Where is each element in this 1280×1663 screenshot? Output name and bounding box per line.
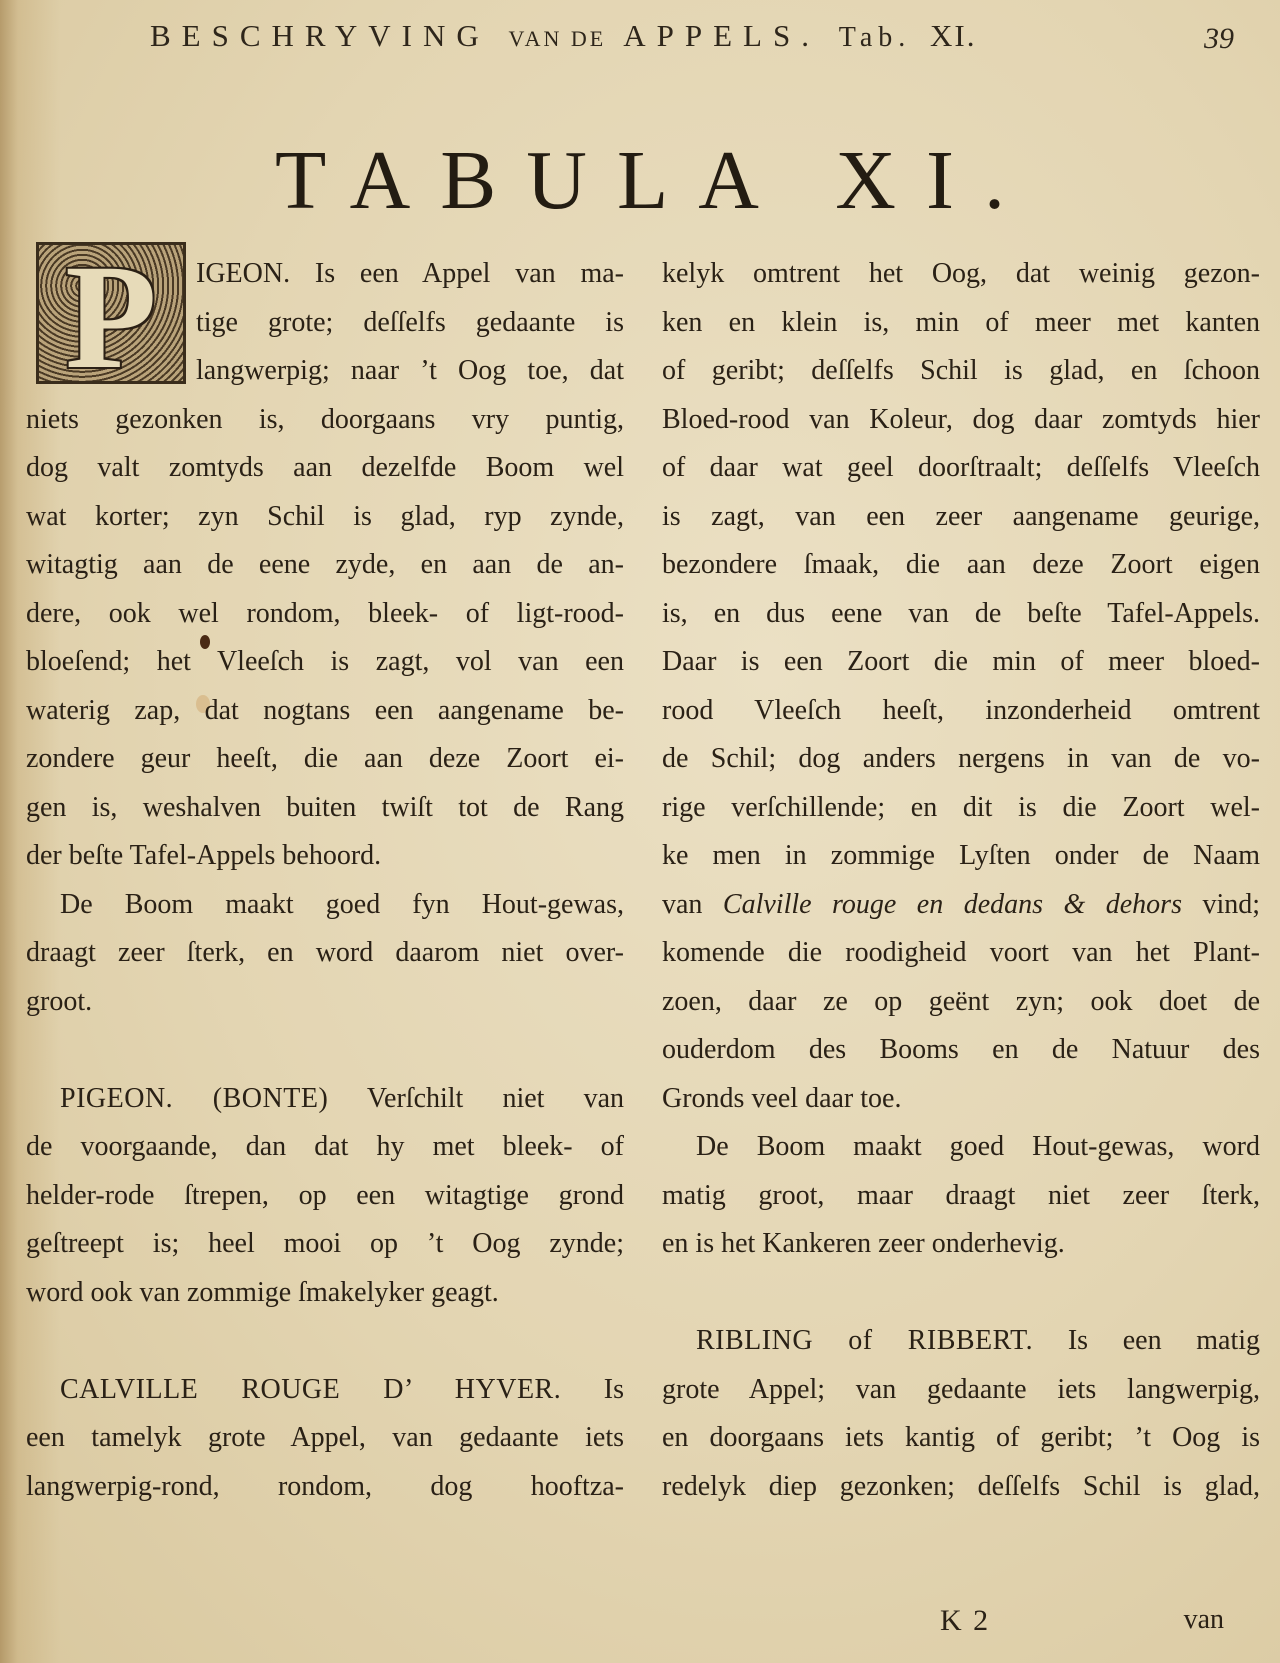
text-line: groot. — [26, 978, 624, 1027]
right-column: kelyk omtrent het Oog, dat weinig gezon-… — [662, 250, 1260, 1511]
entry-pigeon-bonte: PIGEON. (BONTE) Verſchilt niet van de vo… — [26, 1075, 624, 1318]
text-line: wat korter; zyn Schil is glad, ryp zynde… — [26, 493, 624, 542]
dropcap-letter: P — [65, 242, 157, 384]
text-line: ke men in zommige Lyſten onder de Naam — [662, 832, 1260, 881]
variety-name: RIBLING of RIBBERT. — [696, 1325, 1033, 1356]
text-line: geſtreept is; heel mooi op ’t Oog zynde; — [26, 1220, 624, 1269]
text-line: De Boom maakt goed fyn Hout-gewas, — [26, 881, 624, 930]
text-line: matig groot, maar draagt niet zeer ſterk… — [662, 1172, 1260, 1221]
text-line: of geribt; deſſelfs Schil is glad, en ſc… — [662, 347, 1260, 396]
text-line: der beſte Tafel-Appels behoord. — [26, 832, 624, 881]
running-head-appels: APPELS. — [623, 18, 820, 53]
running-head-plate-number: XI. — [930, 18, 976, 53]
text-line: Gronds veel daar toe. — [662, 1075, 1260, 1124]
text-line: en is het Kankeren zeer onderhevig. — [662, 1220, 1260, 1269]
text-line: komende die roodigheid voort van het Pla… — [662, 929, 1260, 978]
text-line: grote Appel; van gedaante iets langwerpi… — [662, 1366, 1260, 1415]
left-column: P IGEON. Is een Appel van ma- tige grote… — [26, 250, 624, 1511]
text-line: Bloed-rood van Koleur, dog daar zomtyds … — [662, 396, 1260, 445]
running-head-van-de: VAN DE — [509, 26, 607, 51]
paragraph-gap — [26, 1317, 624, 1366]
text-line: word ook van zommige ſmakelyker geagt. — [26, 1269, 624, 1318]
book-page: BESCHRYVING VAN DE APPELS. Tab. XI. 39 T… — [0, 0, 1280, 1663]
text-fragment: Is een matig — [1068, 1325, 1260, 1356]
paragraph-gap — [662, 1269, 1260, 1318]
text-line: en doorgaans iets kantig of geribt; ’t O… — [662, 1414, 1260, 1463]
text-line: kelyk omtrent het Oog, dat weinig gezon- — [662, 250, 1260, 299]
text-line: PIGEON. (BONTE) Verſchilt niet van — [26, 1075, 624, 1124]
text-line: CALVILLE ROUGE D’ HYVER. Is — [26, 1366, 624, 1415]
running-head: BESCHRYVING VAN DE APPELS. Tab. XI. — [150, 18, 1240, 68]
text-line: dog valt zomtyds aan dezelfde Boom wel — [26, 444, 624, 493]
text-line: helder-rode ſtrepen, op een witagtige gr… — [26, 1172, 624, 1221]
signature-mark: K 2 — [940, 1604, 990, 1638]
italic-variety-name: Calville rouge en dedans & dehors — [723, 889, 1182, 920]
text-line: bezondere ſmaak, die aan deze Zoort eige… — [662, 541, 1260, 590]
running-head-title: BESCHRYVING VAN DE APPELS. Tab. XI. — [150, 18, 977, 54]
page-title: TABULA XI. — [0, 132, 1280, 229]
text-line: zoen, daar ze op geënt zyn; ook doet de — [662, 978, 1260, 1027]
entry-pigeon-tree: De Boom maakt goed fyn Hout-gewas, draag… — [26, 881, 624, 1027]
text-line: van Calville rouge en dedans & dehors vi… — [662, 881, 1260, 930]
variety-name: PIGEON. (BONTE) — [60, 1083, 328, 1114]
text-line: ouderdom des Booms en de Natuur des — [662, 1026, 1260, 1075]
text-line: is zagt, van een zeer aangename geurige, — [662, 493, 1260, 542]
variety-name: CALVILLE ROUGE D’ HYVER. — [60, 1374, 561, 1405]
text-line: bloeſend; het Vleeſch is zagt, vol van e… — [26, 638, 624, 687]
text-line: dere, ook wel rondom, bleek- of ligt-roo… — [26, 590, 624, 639]
text-line: zondere geur heeſt, die aan deze Zoort e… — [26, 735, 624, 784]
running-head-beschryving: BESCHRYVING — [150, 18, 490, 53]
text-fragment: van — [662, 889, 702, 920]
text-line: rige verſchillende; en dit is die Zoort … — [662, 784, 1260, 833]
catchword: van — [1184, 1604, 1224, 1636]
text-line: waterig zap, dat nogtans een aangename b… — [26, 687, 624, 736]
text-line: gen is, weshalven buiten twiſt tot de Ra… — [26, 784, 624, 833]
text-line: ken en klein is, min of meer met kanten — [662, 299, 1260, 348]
text-line: rood Vleeſch heeſt, inzonderheid omtrent — [662, 687, 1260, 736]
text-fragment: Verſchilt niet van — [367, 1083, 624, 1114]
text-line: Daar is een Zoort die min of meer bloed- — [662, 638, 1260, 687]
text-line: de voorgaande, dan dat hy met bleek- of — [26, 1123, 624, 1172]
text-line: de Schil; dog anders nergens in van de v… — [662, 735, 1260, 784]
text-line: of daar wat geel doorſtraalt; deſſelfs V… — [662, 444, 1260, 493]
text-line: De Boom maakt goed Hout-gewas, word — [662, 1123, 1260, 1172]
text-fragment: vind; — [1202, 889, 1260, 920]
text-line: redelyk diep gezonken; deſſelfs Schil is… — [662, 1463, 1260, 1512]
decorative-initial-p: P — [36, 242, 186, 384]
page-number: 39 — [1204, 22, 1234, 56]
text-line: RIBLING of RIBBERT. Is een matig — [662, 1317, 1260, 1366]
text-line: een tamelyk grote Appel, van gedaante ie… — [26, 1414, 624, 1463]
text-line: niets gezonken is, doorgaans vry puntig, — [26, 396, 624, 445]
entry-calville-tree: De Boom maakt goed Hout-gewas, word mati… — [662, 1123, 1260, 1269]
text-line: is, en dus eene van de beſte Tafel-Appel… — [662, 590, 1260, 639]
text-line: draagt zeer ſterk, en word daarom niet o… — [26, 929, 624, 978]
entry-calville-rouge-dhyver: CALVILLE ROUGE D’ HYVER. Is een tamelyk … — [26, 1366, 624, 1512]
text-fragment: Is — [604, 1374, 624, 1405]
running-head-tab: Tab. — [839, 22, 912, 53]
text-line: witagtig aan de eene zyde, en aan de an- — [26, 541, 624, 590]
entry-ribling-of-ribbert: RIBLING of RIBBERT. Is een matig grote A… — [662, 1317, 1260, 1511]
text-line: langwerpig-rond, rondom, dog hooftza- — [26, 1463, 624, 1512]
paragraph-gap — [26, 1026, 624, 1075]
entry-calville-continued: kelyk omtrent het Oog, dat weinig gezon-… — [662, 250, 1260, 1123]
